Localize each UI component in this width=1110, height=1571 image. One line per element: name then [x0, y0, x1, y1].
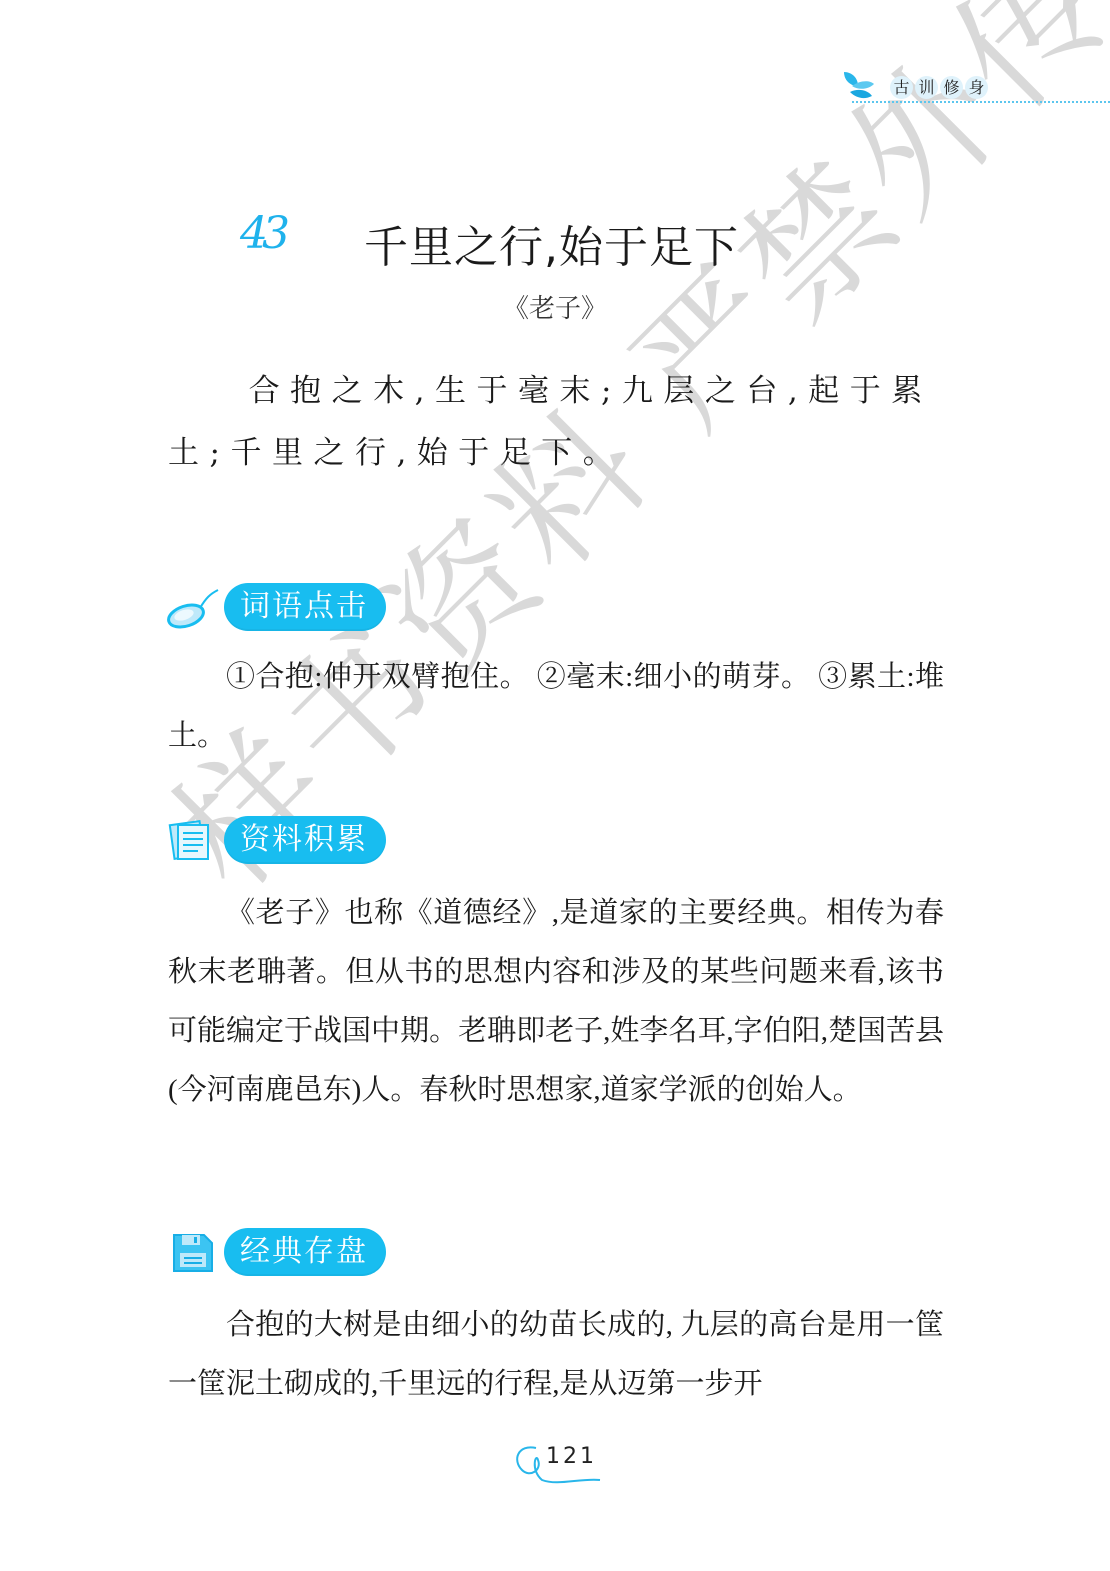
running-header-title: 古 训 修 身 [890, 76, 988, 99]
section-title: 资料积累 [224, 816, 386, 864]
section-label-translation: 经典存盘 [166, 1227, 386, 1277]
header-char: 古 [890, 76, 913, 99]
classical-text: 合抱之木,生于毫末;九层之台,起于累土;千里之行,始于足下。 [168, 360, 948, 484]
translation-text: 合抱的大树是由细小的幼苗长成的, 九层的高台是用一筐一筐泥土砌成的,千里远的行程… [168, 1296, 944, 1414]
lesson-title: 千里之行,始于足下 [364, 211, 739, 275]
header-char: 训 [915, 76, 938, 99]
header-char: 身 [965, 76, 988, 99]
running-header: 古 训 修 身 [842, 70, 1110, 106]
header-char: 修 [940, 76, 963, 99]
section-label-background: 资料积累 [166, 815, 386, 865]
document-icon [166, 817, 222, 863]
classical-paragraph: 合抱之木,生于毫末;九层之台,起于累土;千里之行,始于足下。 [168, 360, 948, 484]
mouse-icon [166, 584, 222, 630]
header-dotted-rule [852, 101, 1110, 103]
background-paragraph: 《老子》也称《道德经》,是道家的主要经典。相传为春秋末老聃著。但从书的思想内容和… [168, 884, 944, 1120]
floppy-disk-icon [166, 1229, 222, 1275]
section-title: 经典存盘 [224, 1228, 386, 1276]
vocabulary-notes: ①合抱:伸开双臂抱住。 ②毫末:细小的萌芽。 ③累土:堆土。 [168, 648, 944, 766]
vocabulary-paragraph: ①合抱:伸开双臂抱住。 ②毫末:细小的萌芽。 ③累土:堆土。 [168, 648, 944, 766]
page-number-text: 121 [546, 1444, 597, 1469]
section-title: 词语点击 [224, 583, 386, 631]
lesson-source: 《老子》 [0, 288, 1110, 325]
leaf-icon [842, 70, 876, 100]
background-notes: 《老子》也称《道德经》,是道家的主要经典。相传为春秋末老聃著。但从书的思想内容和… [168, 884, 944, 1120]
translation-paragraph: 合抱的大树是由细小的幼苗长成的, 九层的高台是用一筐一筐泥土砌成的,千里远的行程… [168, 1296, 944, 1414]
lesson-number: 43 [240, 208, 284, 259]
page-number: 121 [508, 1440, 608, 1486]
section-label-vocabulary: 词语点击 [166, 582, 386, 632]
